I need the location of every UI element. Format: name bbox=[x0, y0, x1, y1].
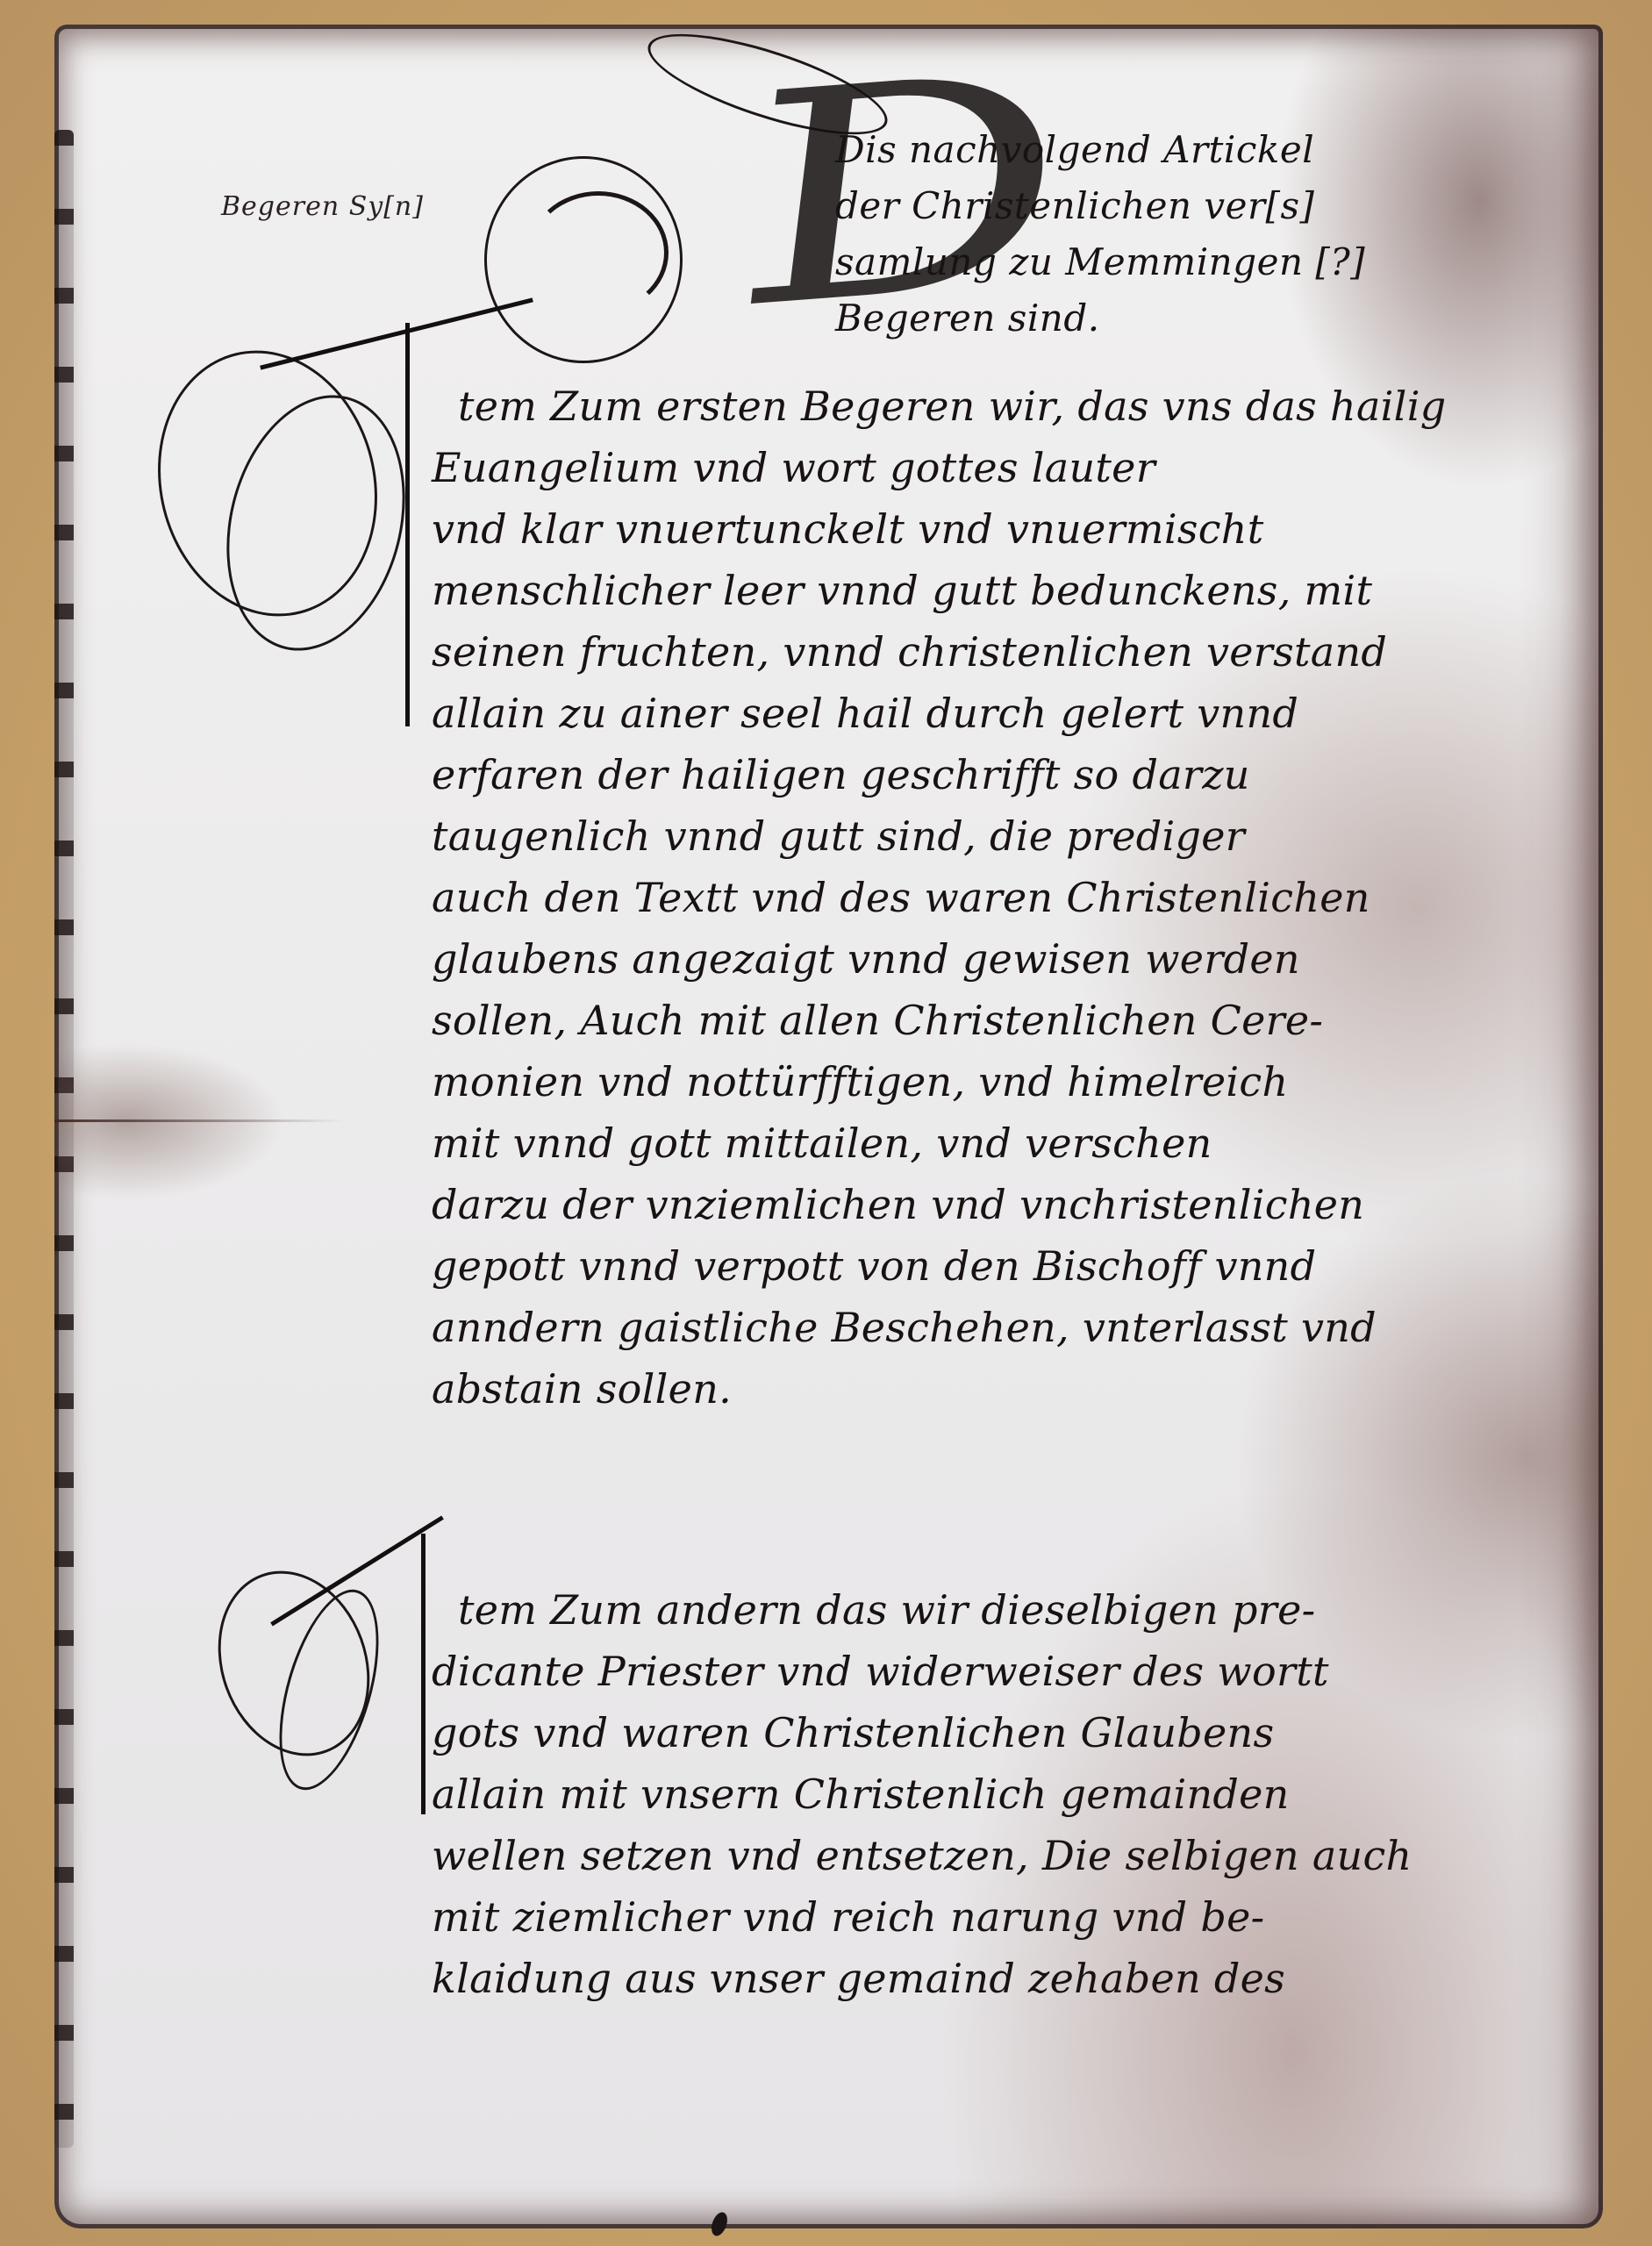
article-line: wellen setzen vnd entsetzen, Die selbige… bbox=[432, 1832, 1476, 1893]
article-line: mit vnnd gott mittailen, vnd verschen bbox=[432, 1119, 1476, 1181]
article-line: glaubens angezaigt vnnd gewisen werden bbox=[432, 935, 1476, 997]
article-line: Euangelium vnd wort gottes lauter bbox=[432, 444, 1476, 505]
article-line: tem Zum andern das wir dieselbigen pre- bbox=[432, 1586, 1476, 1648]
article-line: klaidung aus vnser gemaind zehaben des bbox=[432, 1955, 1476, 2016]
article-1: tem Zum ersten Begeren wir, das vns das … bbox=[432, 383, 1476, 1427]
marginal-note: Begeren Sy[n] bbox=[221, 191, 424, 222]
heading-line: Begeren sind. bbox=[835, 297, 1449, 353]
article-2: tem Zum andern das wir dieselbigen pre- … bbox=[432, 1586, 1476, 2016]
initial-i-stem bbox=[405, 323, 410, 726]
article-line: seinen fruchten, vnnd christenlichen ver… bbox=[432, 628, 1476, 690]
article-line: allain zu ainer seel hail durch gelert v… bbox=[432, 690, 1476, 751]
fold-crease bbox=[54, 1119, 344, 1122]
article-line: dicante Priester vnd widerweiser des wor… bbox=[432, 1648, 1476, 1709]
article-line: allain mit vnsern Christenlich gemainden bbox=[432, 1770, 1476, 1832]
article-line: monien vnd nottürfftigen, vnd himelreich bbox=[432, 1058, 1476, 1119]
article-line: darzu der vnziemlichen vnd vnchristenlic… bbox=[432, 1181, 1476, 1242]
initial-i-stem bbox=[421, 1534, 426, 1814]
article-line: gots vnd waren Christenlichen Glaubens bbox=[432, 1709, 1476, 1770]
heading-line: samlung zu Memmingen [?] bbox=[835, 240, 1449, 297]
article-line: mit ziemlicher vnd reich narung vnd be- bbox=[432, 1893, 1476, 1955]
article-line: erfaren der hailigen geschrifft so darzu bbox=[432, 751, 1476, 812]
article-line: abstain sollen. bbox=[432, 1365, 1476, 1427]
article-line: menschlicher leer vnnd gutt bedunckens, … bbox=[432, 567, 1476, 628]
article-line: vnd klar vnuertunckelt vnd vnuermischt bbox=[432, 505, 1476, 567]
manuscript-page: Begeren Sy[n] D Dis nachvolgend Artickel… bbox=[54, 25, 1603, 2228]
document-heading: Dis nachvolgend Artickel der Christenlic… bbox=[835, 128, 1449, 353]
article-line: anndern gaistliche Beschehen, vnterlasst… bbox=[432, 1304, 1476, 1365]
article-line: gepott vnnd verpott von den Bischoff vnn… bbox=[432, 1242, 1476, 1304]
article-line: taugenlich vnnd gutt sind, die prediger bbox=[432, 812, 1476, 874]
article-line: auch den Textt vnd des waren Christenlic… bbox=[432, 874, 1476, 935]
article-line: tem Zum ersten Begeren wir, das vns das … bbox=[432, 383, 1476, 444]
article-line: sollen, Auch mit allen Christenlichen Ce… bbox=[432, 997, 1476, 1058]
heading-line: der Christenlichen ver[s] bbox=[835, 184, 1449, 240]
heading-line: Dis nachvolgend Artickel bbox=[835, 128, 1449, 184]
initial-i-crossbar bbox=[260, 297, 533, 369]
flourish-loop-icon bbox=[528, 191, 669, 314]
